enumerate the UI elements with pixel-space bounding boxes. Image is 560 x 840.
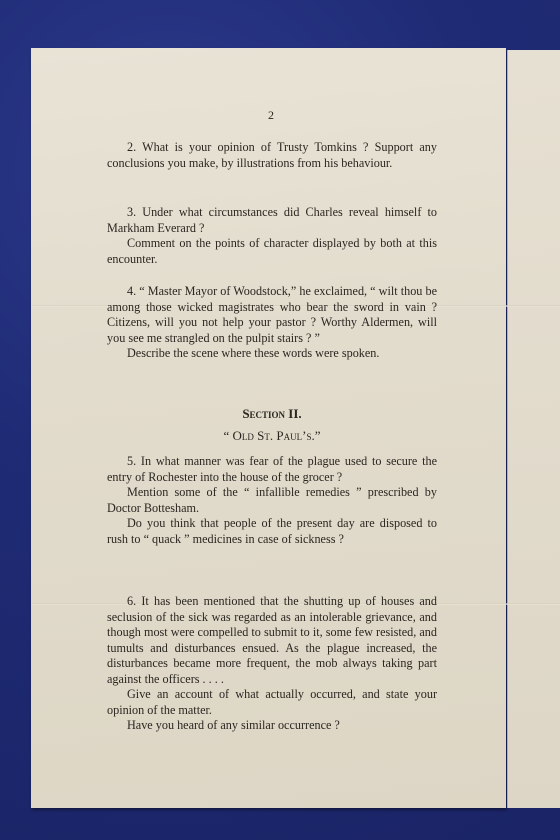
section-heading: Section II. — [107, 406, 437, 422]
question-subtext: Mention some of the “ infallible remedie… — [107, 485, 437, 516]
question-text: 4. “ Master Mayor of Woodstock,” he excl… — [107, 284, 437, 346]
question-4: 4. “ Master Mayor of Woodstock,” he excl… — [107, 284, 437, 362]
question-6: 6. It has been mentioned that the shutti… — [107, 594, 437, 734]
question-text: 2. What is your opinion of Trusty Tomkin… — [107, 140, 437, 171]
question-subtext: Give an account of what actually occurre… — [107, 687, 437, 718]
question-3: 3. Under what circumstances did Charles … — [107, 205, 437, 267]
adjacent-page-edge — [507, 50, 560, 808]
question-2: 2. What is your opinion of Trusty Tomkin… — [107, 140, 437, 171]
question-text: 6. It has been mentioned that the shutti… — [107, 594, 437, 687]
question-subtext: Do you think that people of the present … — [107, 516, 437, 547]
page-number: 2 — [268, 108, 274, 123]
question-subtext: Comment on the points of character displ… — [107, 236, 437, 267]
question-subtext: Have you heard of any similar occurrence… — [107, 718, 437, 734]
question-text: 3. Under what circumstances did Charles … — [107, 205, 437, 236]
question-subtext: Describe the scene where these words wer… — [107, 346, 437, 362]
section-title: “ Old St. Paul’s.” — [107, 428, 437, 444]
question-text: 5. In what manner was fear of the plague… — [107, 454, 437, 485]
question-5: 5. In what manner was fear of the plague… — [107, 454, 437, 547]
section-header: Section II. “ Old St. Paul’s.” — [107, 406, 437, 443]
